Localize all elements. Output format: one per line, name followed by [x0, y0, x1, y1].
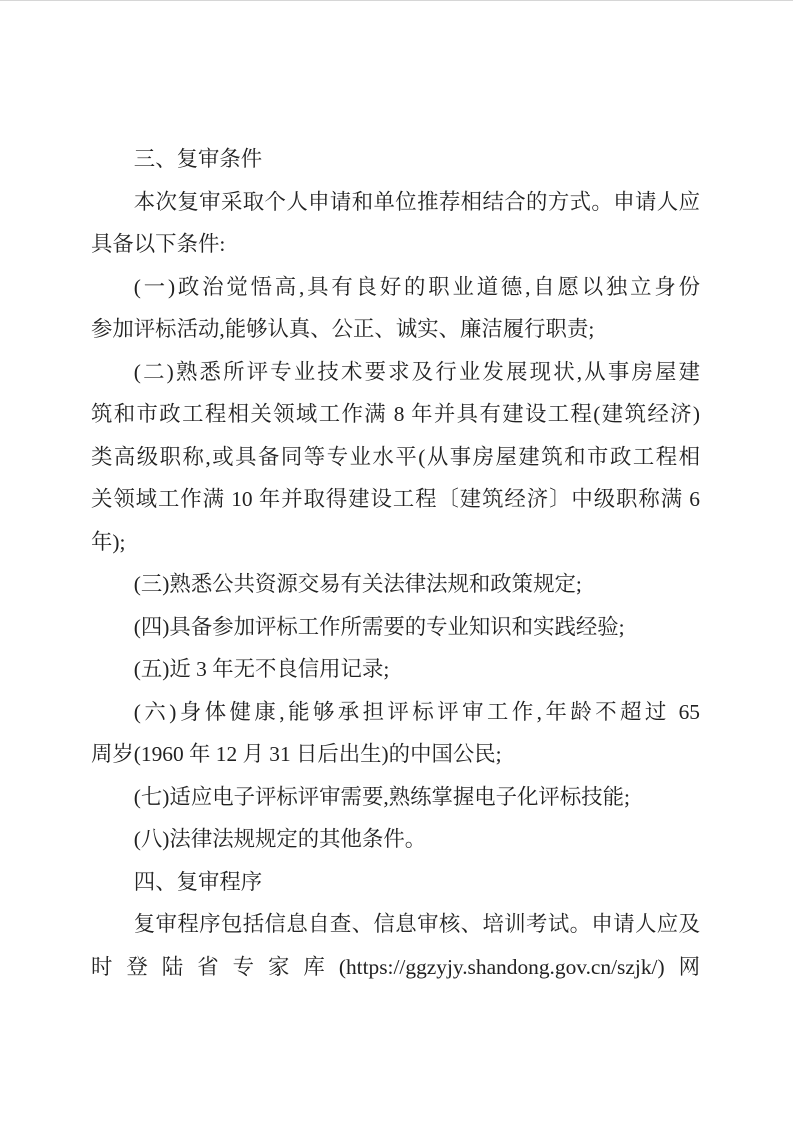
text-line: (六)身体健康,能够承担评标评审工作,年龄不超过 65	[91, 691, 700, 734]
document-body: 三、复审条件本次复审采取个人申请和单位推荐相结合的方式。申请人应具备以下条件:(…	[91, 138, 700, 988]
document-page: 三、复审条件本次复审采取个人申请和单位推荐相结合的方式。申请人应具备以下条件:(…	[0, 0, 793, 1122]
text-line: 本次复审采取个人申请和单位推荐相结合的方式。申请人应	[91, 181, 700, 224]
text-line: 筑和市政工程相关领域工作满 8 年并具有建设工程(建筑经济)	[91, 393, 700, 436]
text-line: 年);	[91, 521, 700, 564]
text-line: (三)熟悉公共资源交易有关法律法规和政策规定;	[91, 563, 700, 606]
text-line: 时登陆省专家库(https://ggzyjy.shandong.gov.cn/s…	[91, 946, 700, 989]
text-line: (八)法律法规规定的其他条件。	[91, 818, 700, 861]
text-line: (一)政治觉悟高,具有良好的职业道德,自愿以独立身份	[91, 266, 700, 309]
text-line: (七)适应电子评标评审需要,熟练掌握电子化评标技能;	[91, 776, 700, 819]
text-line: 具备以下条件:	[91, 223, 700, 266]
text-line: 复审程序包括信息自查、信息审核、培训考试。申请人应及	[91, 903, 700, 946]
text-line: 周岁(1960 年 12 月 31 日后出生)的中国公民;	[91, 733, 700, 776]
text-line: 关领域工作满 10 年并取得建设工程〔建筑经济〕中级职称满 6	[91, 478, 700, 521]
text-line: 四、复审程序	[91, 861, 700, 904]
text-line: 三、复审条件	[91, 138, 700, 181]
text-line: 参加评标活动,能够认真、公正、诚实、廉洁履行职责;	[91, 308, 700, 351]
text-line: (二)熟悉所评专业技术要求及行业发展现状,从事房屋建	[91, 351, 700, 394]
text-line: (四)具备参加评标工作所需要的专业知识和实践经验;	[91, 606, 700, 649]
text-line: (五)近 3 年无不良信用记录;	[91, 648, 700, 691]
text-line: 类高级职称,或具备同等专业水平(从事房屋建筑和市政工程相	[91, 436, 700, 479]
